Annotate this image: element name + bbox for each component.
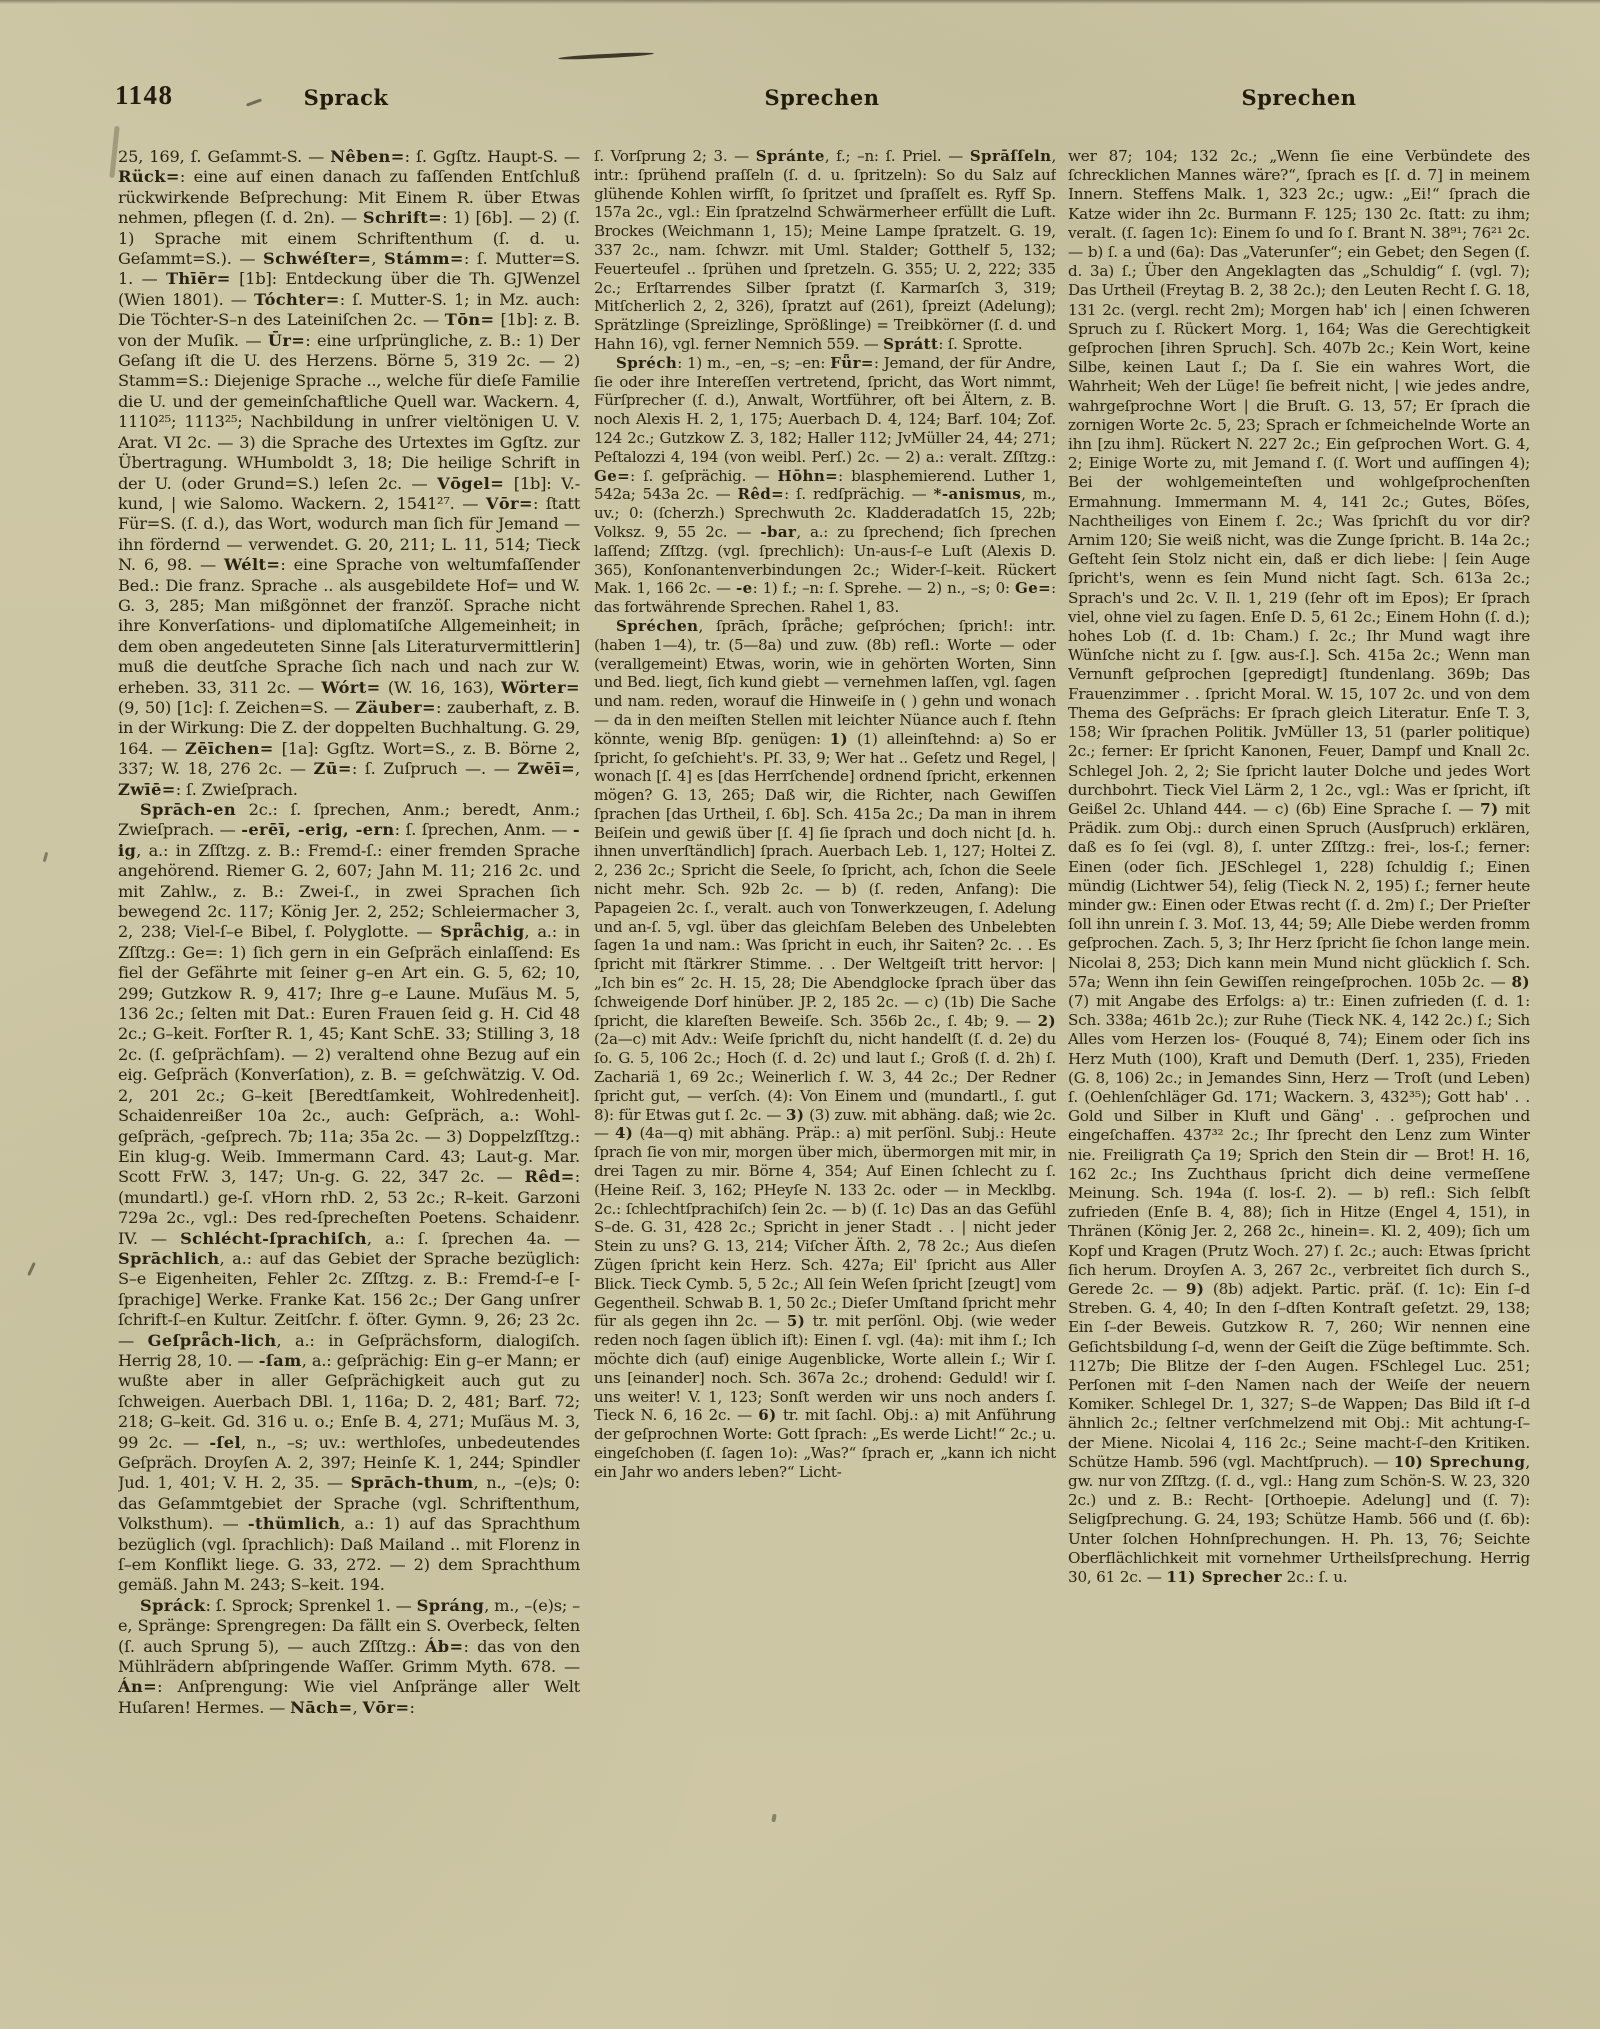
text-column-right: wer 87; 104; 132 2c.; „Wenn ſie eine Ver… <box>1068 147 1530 1915</box>
dictionary-paragraph: Spráck: ſ. Sprock; Sprenkel 1. — Spráng,… <box>118 1596 580 1718</box>
running-head-right: Sprechen <box>1242 85 1357 110</box>
dictionary-paragraph: Spréchen, ſprāch, ſprǟche; geſpróchen; ſ… <box>594 617 1056 1482</box>
dictionary-paragraph: wer 87; 104; 132 2c.; „Wenn ſie eine Ver… <box>1068 147 1530 1587</box>
ink-speck <box>246 98 262 106</box>
dictionary-paragraph: ſ. Vorſprung 2; 3. — Spránte, f.; –n: ſ.… <box>594 147 1056 354</box>
running-head-left: Sprack <box>304 85 389 110</box>
dictionary-paragraph: Sprāch-en 2c.: ſ. ſprechen, Anm.; beredt… <box>118 800 580 1596</box>
text-column-center: ſ. Vorſprung 2; 3. — Spránte, f.; –n: ſ.… <box>594 147 1056 1915</box>
running-head-center: Sprechen <box>765 85 880 110</box>
dictionary-paragraph: Spréch: 1) m., –en, –s; –en: Fǖr=: Jeman… <box>594 354 1056 617</box>
dictionary-page: 1148 Sprack Sprechen Sprechen 25, 169, ſ… <box>0 0 1600 2029</box>
ink-speck <box>43 852 48 862</box>
dictionary-paragraph: 25, 169, ſ. Geſammt-S. — Nêben=: ſ. Ggſt… <box>118 147 580 800</box>
text-column-left: 25, 169, ſ. Geſammt-S. — Nêben=: ſ. Ggſt… <box>118 147 580 1915</box>
ink-speck <box>27 1262 36 1276</box>
scan-scratch <box>558 51 654 60</box>
page-number: 1148 <box>115 80 174 111</box>
